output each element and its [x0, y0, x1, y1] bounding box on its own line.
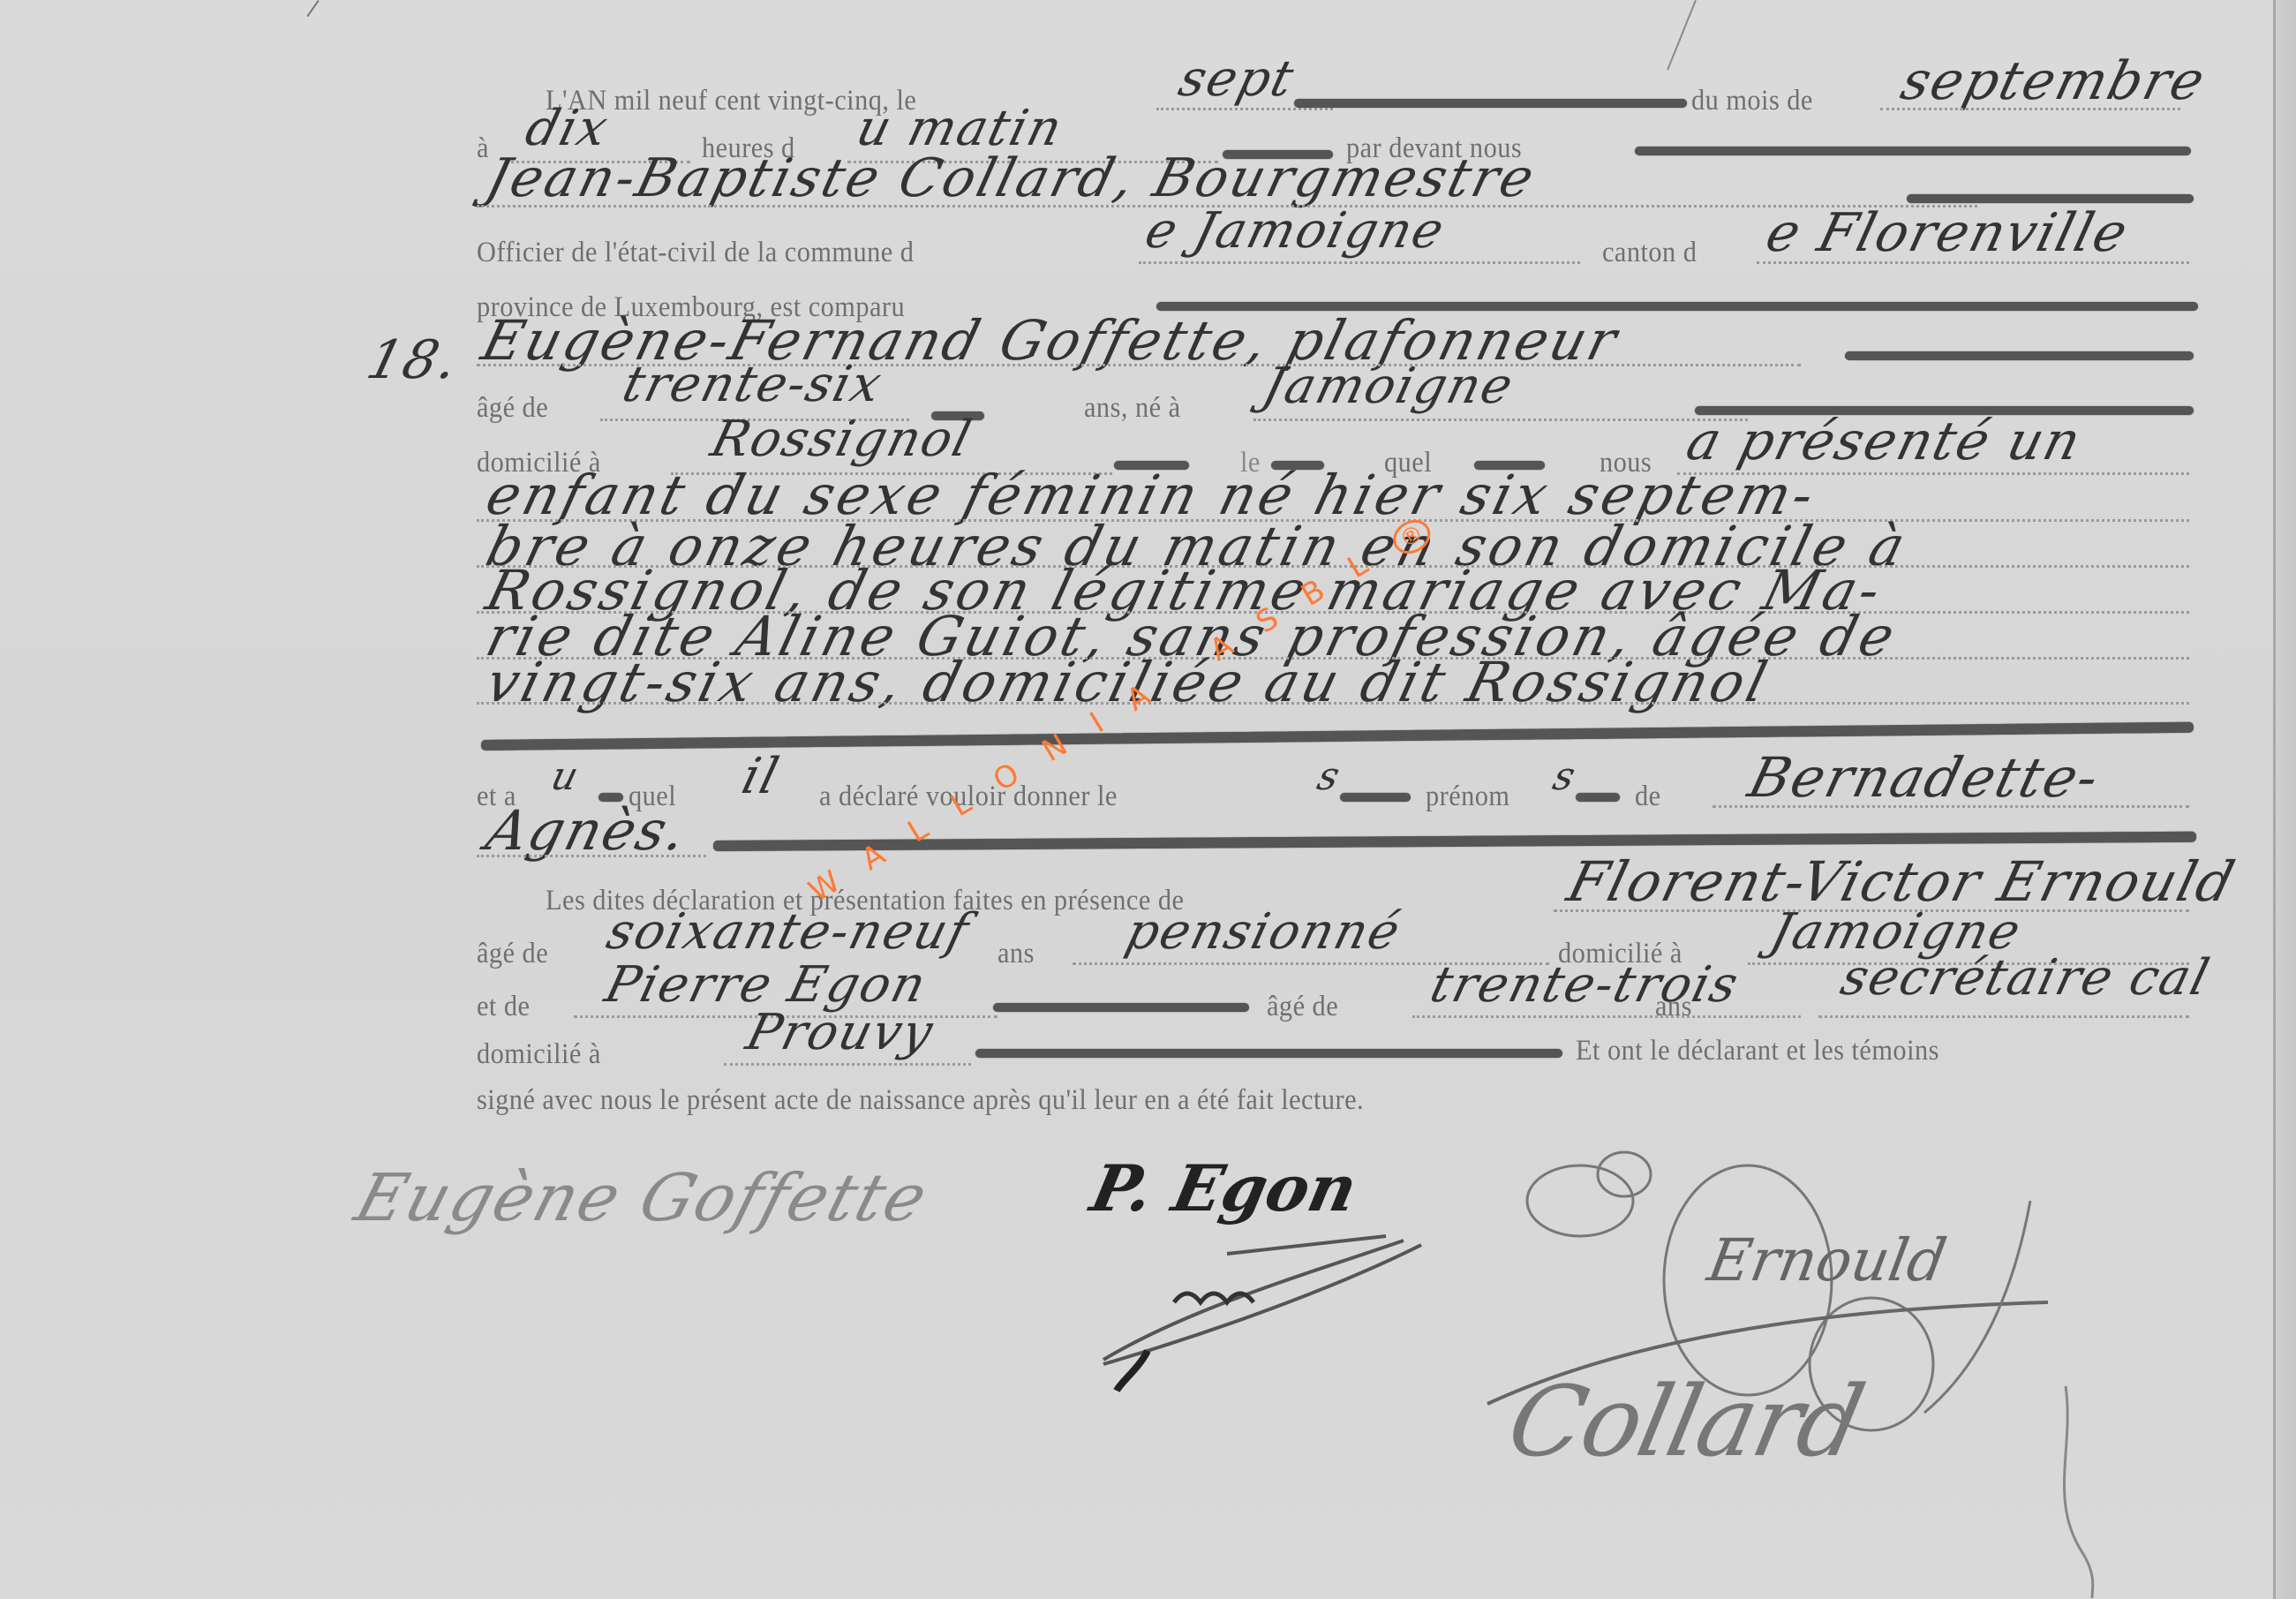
printed-domicilie-3: domicilié à: [477, 1040, 601, 1069]
handwritten-declarant-age: trente-six: [618, 360, 887, 410]
fill-bar: [1294, 99, 1687, 108]
printed-ans-3: ans: [1655, 992, 1692, 1022]
page-edge-shadow: [2276, 0, 2296, 1599]
printed-age-de-2: âgé de: [477, 939, 548, 969]
fill-dots: [1156, 108, 1333, 110]
printed-et-ont: Et ont le déclarant et les témoins: [1576, 1037, 1939, 1066]
handwritten-canton: e Florenville: [1761, 207, 2134, 260]
signature-officer-tail: [2030, 1377, 2136, 1598]
signature-witness1: Ernould: [1704, 1232, 1950, 1290]
handwritten-hour: dix: [521, 104, 614, 154]
fill-dots: [724, 1063, 971, 1066]
handwritten-witness2-age: trente-trois: [1426, 961, 1744, 1010]
printed-month-label: du mois de: [1691, 87, 1813, 116]
stray-pen-stroke: [306, 0, 319, 17]
handwritten-witness2-occupation: secrétaire cal: [1836, 954, 2215, 1003]
handwritten-pronoun: il: [737, 752, 785, 802]
handwritten-birthplace: Jamoigne: [1258, 362, 1519, 411]
handwritten-given-names-2: Agnès.: [481, 803, 693, 858]
fill-dots: [1757, 261, 2189, 264]
printed-et-de: et de: [477, 992, 530, 1022]
printed-a: à: [477, 134, 489, 163]
handwritten-witness2-domicile: Prouvy: [741, 1008, 938, 1058]
printed-canton: canton d: [1602, 238, 1697, 268]
signature-officer: Collard: [1501, 1373, 1871, 1470]
fill-bar: [1635, 147, 2191, 155]
fill-bar: [1340, 793, 1411, 802]
printed-age-de: âgé de: [477, 394, 548, 423]
handwritten-witness2-name: Pierre Egon: [600, 961, 932, 1010]
document-page: L'AN mil neuf cent vingt-cinq, le sept d…: [0, 0, 2296, 1599]
handwritten-period: u matin: [852, 104, 1068, 154]
printed-prenom: prénom: [1426, 782, 1510, 811]
handwritten-given-names-1: Bernadette-: [1743, 750, 2105, 805]
fill-bar: [1845, 351, 2194, 360]
handwritten-month: septembre: [1896, 55, 2211, 108]
handwritten-witness1-name: Florent-Victor Ernould: [1562, 855, 2241, 909]
fill-dots: [1253, 419, 1748, 421]
handwritten-officer: Jean-Baptiste Collard, Bourgmestre: [481, 152, 1541, 205]
handwritten-witness1-occupation: pensionné: [1121, 908, 1406, 957]
stray-pen-stroke: [1667, 0, 1697, 71]
printed-age-de-3: âgé de: [1267, 992, 1338, 1022]
fill-dots: [1880, 108, 2180, 110]
handwritten-declarant-domicile: Rossignol: [706, 415, 977, 464]
handwritten-day: sept: [1174, 55, 1299, 104]
printed-signe-avec-nous: signé avec nous le présent acte de naiss…: [477, 1086, 1364, 1115]
handwritten-et-a: u: [547, 758, 583, 796]
fill-dots: [477, 702, 2189, 705]
printed-de: de: [1635, 782, 1661, 811]
fill-bar: [1576, 793, 1620, 802]
printed-officier: Officier de l'état-civil de la commune d: [477, 238, 914, 268]
handwritten-witness1-age: soixante-neuf: [602, 908, 975, 957]
signature-declarant: Eugène Goffette: [349, 1165, 936, 1231]
handwritten-body-1: a présenté un: [1682, 415, 2087, 468]
fill-dots: [477, 855, 706, 857]
fill-dots: [1818, 1015, 2189, 1018]
fill-dots: [1412, 1015, 1801, 1018]
signature-flourish-egon: [1086, 1201, 1545, 1395]
handwritten-prenom-s: s: [1549, 758, 1581, 796]
fill-bar: [993, 1003, 1249, 1012]
handwritten-le-s: s: [1314, 758, 1345, 796]
fill-dots: [1139, 261, 1580, 264]
entry-number: 18.: [362, 334, 464, 387]
fill-bar: [975, 1049, 1562, 1058]
printed-ans-2: ans: [997, 939, 1035, 969]
printed-ans-ne-a: ans, né à: [1084, 394, 1181, 423]
handwritten-commune: e Jamoigne: [1140, 207, 1450, 256]
fill-dots: [1713, 805, 2189, 808]
